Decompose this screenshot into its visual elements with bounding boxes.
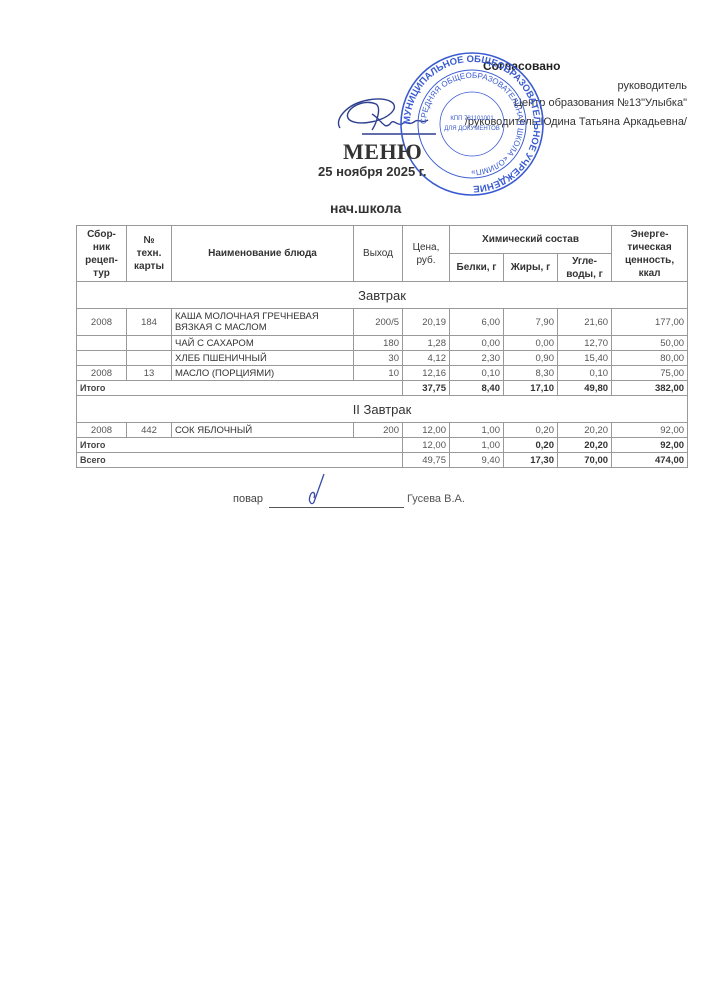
- header-carbs: Угле-воды, г: [558, 254, 612, 282]
- cell-protein: 6,00: [450, 309, 504, 336]
- cell-collection: [77, 351, 127, 366]
- grand-total-label: Всего: [77, 453, 403, 468]
- grand-total-energy: 474,00: [612, 453, 688, 468]
- approval-position: руководитель: [617, 80, 687, 92]
- cell-collection: [77, 336, 127, 351]
- svg-text:ДЛЯ ДОКУМЕНТОВ: ДЛЯ ДОКУМЕНТОВ: [444, 126, 500, 132]
- cell-fat: 8,30: [504, 366, 558, 381]
- table-row: 2008 442 СОК ЯБЛОЧНЫЙ 200 12,00 1,00 0,2…: [77, 423, 688, 438]
- cell-card: 442: [127, 423, 172, 438]
- section-total-row: Итого 37,75 8,40 17,10 49,80 382,00: [77, 381, 688, 396]
- section-total-row: Итого 12,00 1,00 0,20 20,20 92,00: [77, 438, 688, 453]
- cook-name: Гусева В.А.: [407, 493, 465, 505]
- cook-signature-icon: [302, 472, 328, 508]
- header-price: Цена, руб.: [403, 226, 450, 282]
- svg-text:КПП 781101001: КПП 781101001: [450, 116, 494, 122]
- cell-yield: 200/5: [354, 309, 403, 336]
- section-title-second-breakfast: II Завтрак: [77, 396, 688, 423]
- cell-price: 1,28: [403, 336, 450, 351]
- cell-fat: 0,20: [504, 423, 558, 438]
- header-card-number: № техн. карты: [127, 226, 172, 282]
- cell-yield: 200: [354, 423, 403, 438]
- grand-total-price: 49,75: [403, 453, 450, 468]
- total-energy: 92,00: [612, 438, 688, 453]
- table-row: 2008 184 КАША МОЛОЧНАЯ ГРЕЧНЕВАЯ ВЯЗКАЯ …: [77, 309, 688, 336]
- cell-energy: 177,00: [612, 309, 688, 336]
- cell-carbs: 0,10: [558, 366, 612, 381]
- cell-card: [127, 351, 172, 366]
- total-label: Итого: [77, 438, 403, 453]
- total-energy: 382,00: [612, 381, 688, 396]
- cell-energy: 92,00: [612, 423, 688, 438]
- cell-yield: 30: [354, 351, 403, 366]
- cell-card: 184: [127, 309, 172, 336]
- total-price: 12,00: [403, 438, 450, 453]
- cell-carbs: 20,20: [558, 423, 612, 438]
- table-row: ХЛЕБ ПШЕНИЧНЫЙ 30 4,12 2,30 0,90 15,40 8…: [77, 351, 688, 366]
- total-price: 37,75: [403, 381, 450, 396]
- cell-dish: ХЛЕБ ПШЕНИЧНЫЙ: [172, 351, 354, 366]
- total-carbs: 20,20: [558, 438, 612, 453]
- signature-line: [269, 507, 404, 508]
- cell-collection: 2008: [77, 366, 127, 381]
- cell-dish: СОК ЯБЛОЧНЫЙ: [172, 423, 354, 438]
- document-title: МЕНЮ: [343, 139, 422, 165]
- menu-date: 25 ноября 2025 г.: [318, 164, 427, 179]
- cell-energy: 75,00: [612, 366, 688, 381]
- grand-total-protein: 9,40: [450, 453, 504, 468]
- cell-dish: ЧАЙ С САХАРОМ: [172, 336, 354, 351]
- cell-carbs: 21,60: [558, 309, 612, 336]
- svg-text:СРЕДНЯЯ ОБЩЕОБРАЗОВАТЕЛЬНАЯ ШК: СРЕДНЯЯ ОБЩЕОБРАЗОВАТЕЛЬНАЯ ШКОЛА «ОЛИМП…: [419, 71, 525, 177]
- cell-fat: 0,00: [504, 336, 558, 351]
- cell-yield: 10: [354, 366, 403, 381]
- cell-fat: 0,90: [504, 351, 558, 366]
- cell-yield: 180: [354, 336, 403, 351]
- cook-label: повар: [233, 493, 263, 505]
- cell-protein: 1,00: [450, 423, 504, 438]
- header-energy: Энерге-тическая ценность, ккал: [612, 226, 688, 282]
- total-protein: 1,00: [450, 438, 504, 453]
- cell-card: 13: [127, 366, 172, 381]
- header-fat: Жиры, г: [504, 254, 558, 282]
- cell-protein: 0,00: [450, 336, 504, 351]
- cell-carbs: 15,40: [558, 351, 612, 366]
- grand-total-carbs: 70,00: [558, 453, 612, 468]
- cell-dish: КАША МОЛОЧНАЯ ГРЕЧНЕВАЯ ВЯЗКАЯ С МАСЛОМ: [172, 309, 354, 336]
- section-title-breakfast: Завтрак: [77, 282, 688, 309]
- cell-energy: 50,00: [612, 336, 688, 351]
- total-fat: 17,10: [504, 381, 558, 396]
- menu-table: Сбор-ник рецеп-тур № техн. карты Наимено…: [76, 225, 688, 468]
- cell-energy: 80,00: [612, 351, 688, 366]
- cell-collection: 2008: [77, 309, 127, 336]
- cell-carbs: 12,70: [558, 336, 612, 351]
- cell-price: 4,12: [403, 351, 450, 366]
- grand-total-row: Всего 49,75 9,40 17,30 70,00 474,00: [77, 453, 688, 468]
- header-dish-name: Наименование блюда: [172, 226, 354, 282]
- cell-price: 12,00: [403, 423, 450, 438]
- grand-total-fat: 17,30: [504, 453, 558, 468]
- cell-protein: 2,30: [450, 351, 504, 366]
- total-protein: 8,40: [450, 381, 504, 396]
- cell-fat: 7,90: [504, 309, 558, 336]
- header-protein: Белки, г: [450, 254, 504, 282]
- header-collection: Сбор-ник рецеп-тур: [77, 226, 127, 282]
- cell-collection: 2008: [77, 423, 127, 438]
- total-carbs: 49,80: [558, 381, 612, 396]
- cell-price: 20,19: [403, 309, 450, 336]
- total-fat: 0,20: [504, 438, 558, 453]
- cell-protein: 0,10: [450, 366, 504, 381]
- table-row: ЧАЙ С САХАРОМ 180 1,28 0,00 0,00 12,70 5…: [77, 336, 688, 351]
- school-group: нач.школа: [330, 200, 401, 216]
- header-yield: Выход: [354, 226, 403, 282]
- header-chemical-composition: Химический состав: [450, 226, 612, 254]
- cell-dish: МАСЛО (ПОРЦИЯМИ): [172, 366, 354, 381]
- cell-card: [127, 336, 172, 351]
- cell-price: 12,16: [403, 366, 450, 381]
- total-label: Итого: [77, 381, 403, 396]
- table-row: 2008 13 МАСЛО (ПОРЦИЯМИ) 10 12,16 0,10 8…: [77, 366, 688, 381]
